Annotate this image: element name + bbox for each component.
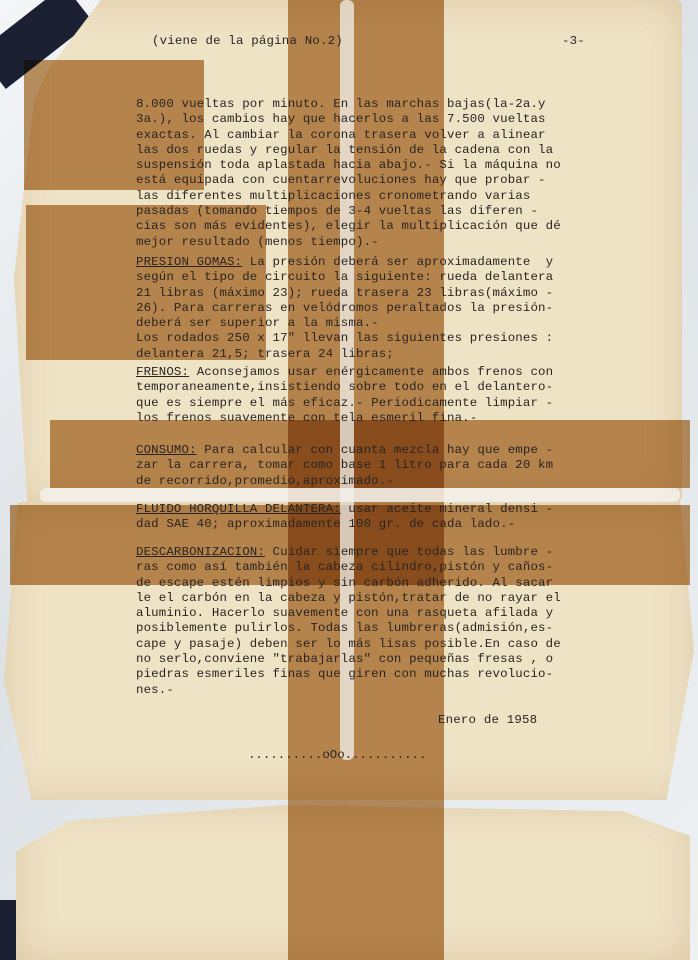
end-separator: ..........oOo........... [248,748,426,763]
text-line: le el carbón en la cabeza y pistón,trata… [136,591,596,606]
text-line: no serlo,conviene "trabajarlas" con pequ… [136,652,596,667]
text-line: usar aceite mineral densi - [341,502,553,516]
page-number: -3- [562,34,585,49]
text-line: La presión deberá ser aproximadamente y [242,255,553,269]
section-heading: PRESION GOMAS: [136,255,242,269]
text-line: exactas. Al cambiar la corona trasera vo… [136,128,596,143]
text-line: según el tipo de circuito la siguiente: … [136,270,596,285]
text-line: Cuidar siempre que todas las lumbre - [265,545,553,559]
text-line: temporaneamente,insistiendo sobre todo e… [136,380,596,395]
text-line: Aconsejamos usar enérgicamente ambos fre… [189,365,553,379]
text-line: zar la carrera, tomar como base 1 litro … [136,458,596,473]
text-line: las dos ruedas y regular la tensión de l… [136,143,596,158]
section-heading: FLUIDO HORQUILLA DELANTERA: [136,502,341,516]
text-line: pasadas (tomando tiempos de 3-4 vueltas … [136,204,596,219]
text-line: mejor resultado (menos tiempo).- [136,235,596,250]
section-presion-gomas: PRESION GOMAS: La presión deberá ser apr… [136,255,596,362]
text-line: aluminio. Hacerlo suavemente con una ras… [136,606,596,621]
text-line: deberá ser superior a la misma.- [136,316,596,331]
continuation-header: (viene de la página No.2) [152,34,343,49]
text-line: 8.000 vueltas por minuto. En las marchas… [136,97,596,112]
text-line: 3a.), los cambios hay que hacerlos a las… [136,112,596,127]
text-line: que es siempre el más eficaz.- Periodica… [136,396,596,411]
text-line: los frenos suavemente con tela esmeril f… [136,411,596,426]
text-line: cias son más evidentes), elegir la multi… [136,219,596,234]
text-line: está equipada con cuentarrevoluciones ha… [136,173,596,188]
section-heading: FRENOS: [136,365,189,379]
text-line: dad SAE 40; aproximadamente 100 gr. de c… [136,517,596,532]
text-line: suspensión toda aplastada hacia abajo.- … [136,158,596,173]
text-line: Para calcular con cuanta mezcla hay que … [197,443,554,457]
text-line: posiblemente pulirlos. Todas las lumbrer… [136,621,596,636]
section-heading: DESCARBONIZACION: [136,545,265,559]
section-fluido-horquilla: FLUIDO HORQUILLA DELANTERA: usar aceite … [136,502,596,533]
text-line: Los rodados 250 x 17" llevan las siguien… [136,331,596,346]
section-descarbonizacion: DESCARBONIZACION: Cuidar siempre que tod… [136,545,596,698]
section-frenos: FRENOS: Aconsejamos usar enérgicamente a… [136,365,596,426]
text-line: las diferentes multiplicaciones cronomet… [136,189,596,204]
text-line: de recorrido,promedio,aproximado.- [136,474,596,489]
section-heading: CONSUMO: [136,443,197,457]
document-date: Enero de 1958 [438,713,537,728]
text-line: de escape estén limpios y sin carbón adh… [136,576,596,591]
text-line: piedras esmeriles finas que giren con mu… [136,667,596,682]
typewritten-document: (viene de la página No.2) -3- 8.000 vuel… [0,0,698,960]
text-line: 21 libras (máximo 23); rueda trasera 23 … [136,286,596,301]
text-line: 26). Para carreras en velódromos peralta… [136,301,596,316]
text-line: nes.- [136,683,596,698]
section-consumo: CONSUMO: Para calcular con cuanta mezcla… [136,443,596,489]
intro-paragraph: 8.000 vueltas por minuto. En las marchas… [136,97,596,250]
text-line: delantera 21,5; trasera 24 libras; [136,347,596,362]
text-line: ras como así también la cabeza cilindro,… [136,560,596,575]
text-line: cape y pasaje) deben ser lo más lisas po… [136,637,596,652]
